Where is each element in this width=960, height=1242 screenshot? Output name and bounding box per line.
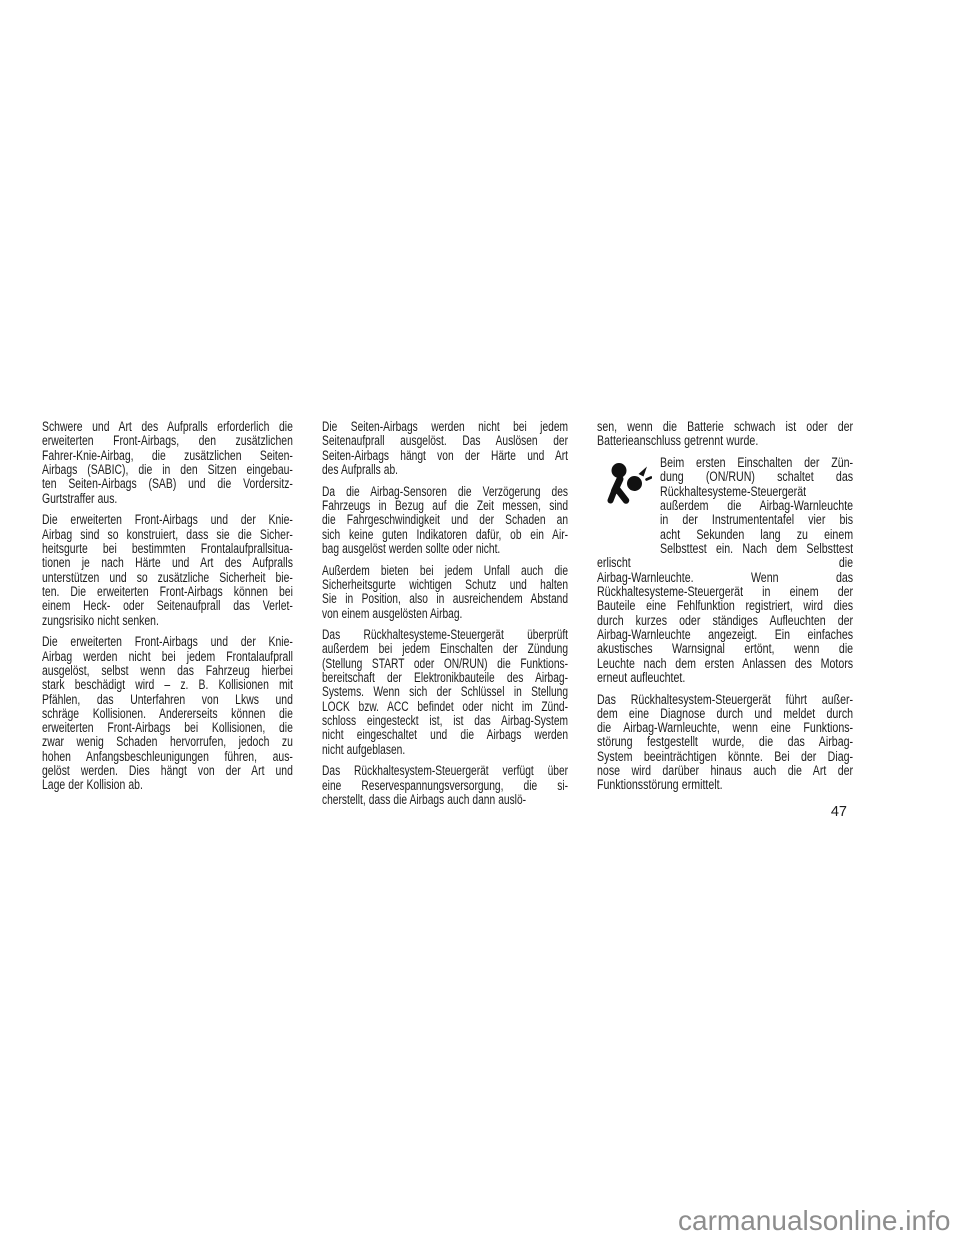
text-line: Das Rückhaltesystem-Steuergerät verfügt … — [322, 764, 568, 778]
text-line: tionen je nach Härte und Art des Aufpral… — [42, 556, 293, 570]
text-line: heitsgurte bei bestimmten Frontalaufpral… — [42, 542, 293, 556]
text-line: sich keine guten Indikatoren dafür, ob e… — [322, 528, 568, 542]
text-line: die Fahrgeschwindigkeit und der Schaden … — [322, 513, 568, 527]
text-line: Die Seiten-Airbags werden nicht bei jede… — [322, 420, 568, 434]
text-line: Funktionsstörung ermittelt. — [597, 778, 853, 792]
text-line: von einem ausgelösten Airbag. — [322, 607, 568, 621]
text-line: sen, wenn die Batterie schwach ist oder … — [597, 420, 853, 434]
text-line: eine Reservespannungsversorgung, die si- — [322, 779, 568, 793]
text-line: unterstützen und so zusätzliche Sicherhe… — [42, 571, 293, 585]
paragraph: Das Rückhaltesysteme-Steuergerät überprü… — [322, 628, 568, 757]
text-line: nicht eingeschaltet und die Airbags werd… — [322, 728, 568, 742]
airbag-warning-icon — [605, 461, 652, 504]
text-line: Seiten-Airbags hängt von der Härte und A… — [322, 449, 568, 463]
text-line: Pfählen, das Unterfahren von Lkws und — [42, 693, 293, 707]
text-line: Die erweiterten Front-Airbags und der Kn… — [42, 513, 293, 527]
paragraph: Außerdem bieten bei jedem Unfall auch di… — [322, 564, 568, 621]
text-line: nicht aufgeblasen. — [322, 743, 568, 757]
text-line: durch kurzes oder ständiges Aufleuchten … — [597, 614, 853, 628]
text-line: Bauteile eine Fehlfunktion registriert, … — [597, 599, 853, 613]
text-line: Lage der Kollision ab. — [42, 778, 293, 792]
paragraph: sen, wenn die Batterie schwach ist oder … — [597, 420, 853, 449]
text-line: dem eine Diagnose durch und meldet durch — [597, 707, 853, 721]
text-column-left: Schwere und Art des Aufpralls erforderli… — [42, 420, 293, 800]
text-line: einem Heck- oder Seitenaufprall das Verl… — [42, 599, 293, 613]
text-line: LOCK bzw. ACC befindet oder nicht im Zün… — [322, 700, 568, 714]
paragraph: Schwere und Art des Aufpralls erforderli… — [42, 420, 293, 506]
text-line: Das Rückhaltesysteme-Steuergerät überprü… — [322, 628, 568, 642]
text-line: Fahrzeugs in Bezug auf die Zeit messen, … — [322, 499, 568, 513]
text-line: des Aufpralls ab. — [322, 463, 568, 477]
text-line: Seitenaufprall ausgelöst. Das Auslösen d… — [322, 434, 568, 448]
text-line: Gurtstraffer aus. — [42, 492, 293, 506]
paragraph: Die erweiterten Front-Airbags und der Kn… — [42, 513, 293, 628]
text-line: Fahrer-Knie-Airbag, die zusätzlichen Sei… — [42, 449, 293, 463]
text-line: bag ausgelöst werden sollte oder nicht. — [322, 542, 568, 556]
text-line: erweiterten Front-Airbags bei Kollisione… — [42, 721, 293, 735]
text-line: nose wird darüber hinaus auch die Art de… — [597, 764, 853, 778]
text-line: die Airbag-Warnleuchte, wenn eine Funkti… — [597, 721, 853, 735]
text-line: Airbag sind so konstruiert, dass sie die… — [42, 528, 293, 542]
paragraph: Das Rückhaltesystem-Steuergerät führt au… — [597, 693, 853, 793]
text-column-middle: Die Seiten-Airbags werden nicht bei jede… — [322, 420, 568, 815]
text-line: außerdem bei jedem Einschalten der Zündu… — [322, 642, 568, 656]
text-line: hohen Anfangsbeschleunigungen führen, au… — [42, 750, 293, 764]
watermark-text: carmanualsonline.info — [678, 1206, 950, 1236]
text-line: ten Seiten-Airbags (SAB) und die Vorders… — [42, 477, 293, 491]
text-line: Airbag-Warnleuchte angezeigt. Ein einfac… — [597, 628, 853, 642]
paragraph: Da die Airbag-Sensoren die Verzögerung d… — [322, 485, 568, 557]
text-line: (Stellung START oder ON/RUN) die Funktio… — [322, 657, 568, 671]
text-line: Airbag werden nicht bei jedem Frontalauf… — [42, 650, 293, 664]
paragraph: Die Seiten-Airbags werden nicht bei jede… — [322, 420, 568, 477]
text-line: stark beschädigt wird – z. B. Kollisione… — [42, 678, 293, 692]
text-line: Rückhaltesysteme-Steuergerät in einem de… — [597, 585, 853, 599]
text-line: ten. Die erweiterten Front-Airbags könne… — [42, 585, 293, 599]
paragraph: Das Rückhaltesystem-Steuergerät verfügt … — [322, 764, 568, 807]
text-line: Selbsttest ein. Nach dem Selbsttest erli… — [597, 542, 853, 571]
text-line: Schwere und Art des Aufpralls erforderli… — [42, 420, 293, 434]
text-line: Leuchte nach dem ersten Anlassen des Mot… — [597, 657, 853, 671]
text-line: Airbag-Warnleuchte. Wenn das — [597, 571, 853, 585]
text-line: Airbags (SABIC), die in den Sitzen einge… — [42, 463, 293, 477]
text-line: erneut aufleuchtet. — [597, 671, 853, 685]
text-line: bereitschaft der Elektronikbauteile des … — [322, 671, 568, 685]
text-line: schloss eingesteckt ist, ist das Airbag-… — [322, 714, 568, 728]
paragraph: Die erweiterten Front-Airbags und der Kn… — [42, 635, 293, 793]
text-line: Sicherheitsgurte wichtigen Schutz und ha… — [322, 578, 568, 592]
text-line: akustisches Warnsignal ertönt, wenn die — [597, 642, 853, 656]
manual-page: Schwere und Art des Aufpralls erforderli… — [0, 0, 960, 1242]
text-line: Systems. Wenn sich der Schlüssel in Stel… — [322, 685, 568, 699]
text-line: Batterieanschluss getrennt wurde. — [597, 434, 853, 448]
text-line: erweiterten Front-Airbags, den zusätzlic… — [42, 434, 293, 448]
text-line: System beeinträchtigen könnte. Bei der D… — [597, 750, 853, 764]
text-line: schräge Kollisionen. Andererseits können… — [42, 707, 293, 721]
text-line: ausgelöst, selbst wenn das Fahrzeug hier… — [42, 664, 293, 678]
text-line: zwar wenig Schaden hervorrufen, jedoch z… — [42, 735, 293, 749]
text-line: Die erweiterten Front-Airbags und der Kn… — [42, 635, 293, 649]
text-line: cherstellt, dass die Airbags auch dann a… — [322, 793, 568, 807]
text-line: Das Rückhaltesystem-Steuergerät führt au… — [597, 693, 853, 707]
text-line: gelöst werden. Dies hängt von der Art un… — [42, 764, 293, 778]
text-line: störung festgestellt wurde, die das Airb… — [597, 735, 853, 749]
text-line: Sie in Position, also in ausreichendem A… — [322, 592, 568, 606]
text-line: Da die Airbag-Sensoren die Verzögerung d… — [322, 485, 568, 499]
text-line: Außerdem bieten bei jedem Unfall auch di… — [322, 564, 568, 578]
text-line: zungsrisiko nicht senken. — [42, 614, 293, 628]
page-number: 47 — [787, 804, 847, 820]
